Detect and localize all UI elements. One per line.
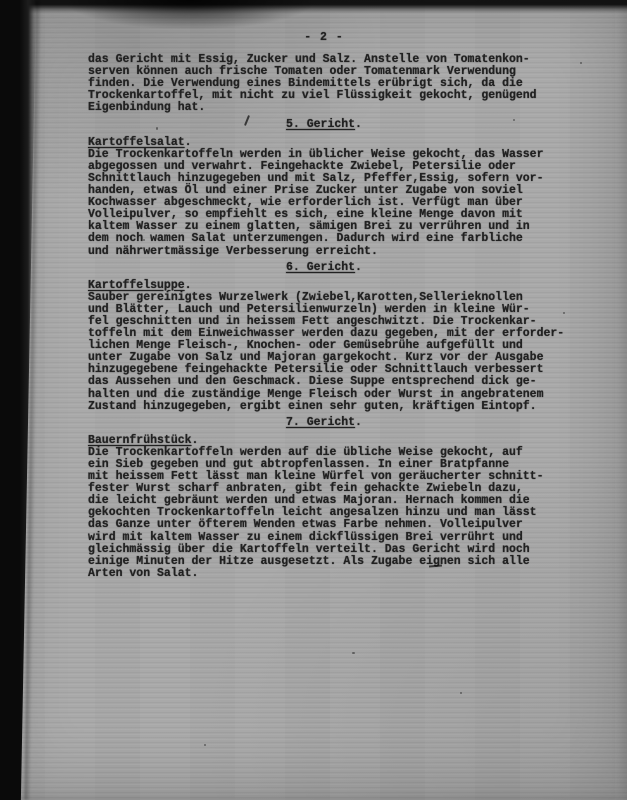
section-gericht-6: 6. Gericht. Kartoffelsuppe. Sauber gerei…	[88, 262, 560, 413]
scan-speck	[513, 119, 515, 121]
text-line: halten und die zuständige Menge Fleisch …	[88, 389, 560, 401]
text-line: und nährwertmässige Verbesserung erreich…	[88, 246, 560, 258]
page-number: - 2 -	[88, 32, 560, 44]
text-line: wird mit kaltem Wasser zu einem dickflüs…	[88, 532, 560, 544]
subheading-label: Kartoffelsalat	[88, 136, 185, 149]
section-paragraph: Sauber gereinigtes Wurzelwerk (Zwiebel,K…	[88, 292, 560, 413]
section-gericht-5: 5. Gericht. Kartoffelsalat. Die Trockenk…	[88, 119, 560, 258]
heading-period: .	[355, 416, 362, 429]
scan-speck	[563, 312, 565, 314]
scan-speck	[352, 652, 355, 654]
section-gericht-7: 7. Gericht. Bauernfrühstück. Die Trocken…	[88, 417, 560, 580]
text-line: das Aussehen und den Geschmack. Diese Su…	[88, 376, 560, 388]
section-heading: 7. Gericht.	[88, 417, 560, 429]
page-text-block: - 2 - das Gericht mit Essig, Zucker und …	[88, 32, 560, 580]
subheading-period: .	[185, 136, 192, 149]
scan-speck	[143, 239, 145, 241]
heading-period: .	[355, 118, 362, 131]
heading-label: 6. Gericht	[286, 261, 355, 274]
scan-speck	[204, 744, 206, 746]
section-heading: 6. Gericht.	[88, 262, 560, 274]
scanned-document-page: - 2 - das Gericht mit Essig, Zucker und …	[0, 0, 627, 800]
section-subheading: Kartoffelsuppe.	[88, 280, 560, 292]
section-subheading: Kartoffelsalat.	[88, 137, 560, 149]
section-heading: 5. Gericht.	[88, 119, 560, 131]
subheading-label: Kartoffelsuppe	[88, 279, 185, 292]
subheading-period: .	[192, 434, 199, 447]
subheading-label: Bauernfrühstück	[88, 434, 192, 447]
heading-period: .	[355, 261, 362, 274]
scan-speck	[580, 62, 582, 64]
subheading-period: .	[185, 279, 192, 292]
text-line: Arten von Salat.	[88, 568, 560, 580]
scan-speck	[460, 692, 462, 694]
scan-top-shadow	[55, 0, 325, 32]
text-line: dem noch wamen Salat unterzumengen. Dadu…	[88, 233, 560, 245]
text-line: das Ganze unter öfterem Wenden etwas Far…	[88, 519, 560, 531]
heading-label: 7. Gericht	[286, 416, 355, 429]
heading-label: 5. Gericht	[286, 118, 355, 131]
section-paragraph: Die Trockenkartoffeln werden auf die übl…	[88, 447, 560, 580]
text-line: Eigenbindung hat.	[88, 102, 560, 114]
section-paragraph: Die Trockenkartoffeln werden in üblicher…	[88, 149, 560, 258]
text-line: Zustand hinzugegeben, ergibt einen sehr …	[88, 401, 560, 413]
text-line: gleichmässig über die Kartoffeln verteil…	[88, 544, 560, 556]
scan-speck	[156, 127, 158, 130]
intro-paragraph: das Gericht mit Essig, Zucker und Salz. …	[88, 54, 560, 114]
